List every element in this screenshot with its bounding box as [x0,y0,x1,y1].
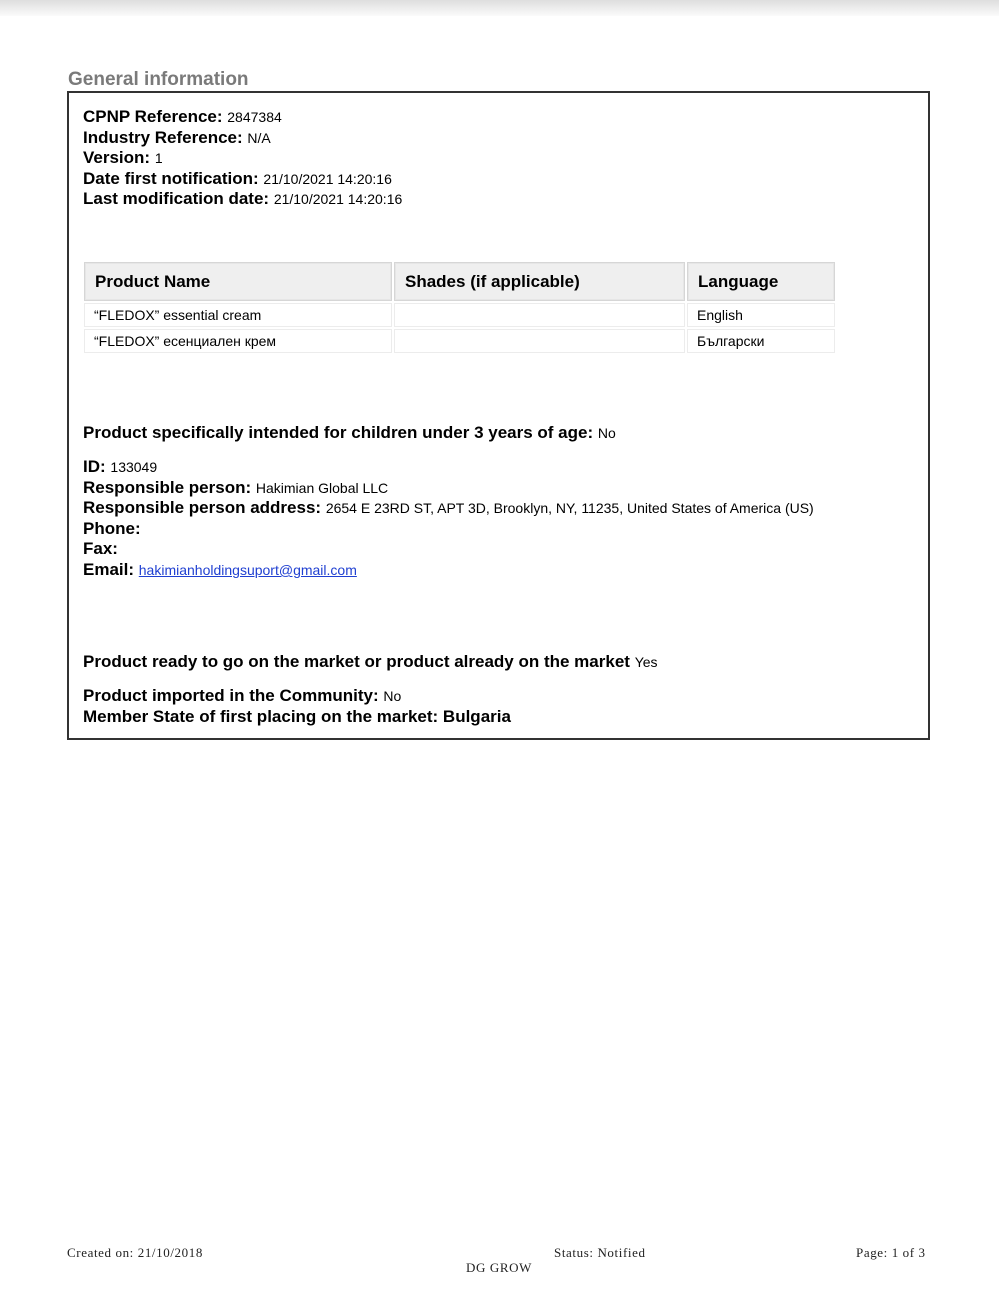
version-label: Version: [83,148,150,167]
rp-address: Responsible person address: 2654 E 23RD … [83,498,814,519]
imported-label: Product imported in the Community: [83,686,379,705]
cpnp-reference-label: CPNP Reference: [83,107,223,126]
last-modification-date-value: 21/10/2021 14:20:16 [274,191,402,207]
header-shades: Shades (if applicable) [394,262,685,301]
rp-fax: Fax: [83,539,814,560]
cell-language: English [687,303,835,327]
last-modification-date: Last modification date: 21/10/2021 14:20… [83,189,402,210]
cpnp-reference-value: 2847384 [227,109,282,125]
rp-address-label: Responsible person address: [83,498,321,517]
products-table: Product Name Shades (if applicable) Lang… [82,260,837,355]
responsible-person-fields: ID: 133049 Responsible person: Hakimian … [83,457,814,581]
cpnp-reference: CPNP Reference: 2847384 [83,107,402,128]
footer-created-on: Created on: 21/10/2018 [67,1245,203,1261]
rp-email-label: Email: [83,560,134,579]
table-row: “FLEDOX” essential cream English [84,303,835,327]
market-ready: Product ready to go on the market or pro… [83,652,658,673]
last-modification-date-label: Last modification date: [83,189,269,208]
version: Version: 1 [83,148,402,169]
footer-dg-grow: DG GROW [466,1260,532,1276]
rp-fax-label: Fax: [83,539,118,558]
rp-email: Email: hakimianholdingsuport@gmail.com [83,560,814,581]
footer-page-number: Page: 1 of 3 [856,1245,926,1261]
section-title: General information [68,69,249,91]
cell-language: Български [687,329,835,353]
rp-phone-label: Phone: [83,519,141,538]
rp-id: ID: 133049 [83,457,814,478]
header-language: Language [687,262,835,301]
date-first-notification-value: 21/10/2021 14:20:16 [263,171,391,187]
date-first-notification-label: Date first notification: [83,169,259,188]
version-value: 1 [155,150,163,166]
general-fields: CPNP Reference: 2847384 Industry Referen… [83,107,402,210]
industry-reference-value: N/A [247,130,270,146]
import-fields: Product imported in the Community: No Me… [83,686,511,726]
children-under-3-value: No [598,425,616,441]
member-state: Member State of first placing on the mar… [83,707,511,727]
cell-shades [394,303,685,327]
rp-phone: Phone: [83,519,814,540]
rp-address-value: 2654 E 23RD ST, APT 3D, Brooklyn, NY, 11… [326,500,814,516]
industry-reference-label: Industry Reference: [83,128,243,147]
footer-status: Status: Notified [554,1245,646,1261]
market-ready-label: Product ready to go on the market or pro… [83,652,630,671]
table-header-row: Product Name Shades (if applicable) Lang… [84,262,835,301]
table-row: “FLEDOX” есенциален крем Български [84,329,835,353]
email-link[interactable]: hakimianholdingsuport@gmail.com [139,562,357,578]
market-ready-value: Yes [635,654,658,670]
rp-name-value: Hakimian Global LLC [256,480,388,496]
industry-reference: Industry Reference: N/A [83,128,402,149]
viewer-top-shade [0,0,999,16]
header-product-name: Product Name [84,262,392,301]
children-under-3: Product specifically intended for childr… [83,423,616,444]
member-state-label: Member State of first placing on the mar… [83,707,438,726]
imported: Product imported in the Community: No [83,686,511,707]
cell-shades [394,329,685,353]
rp-id-label: ID: [83,457,106,476]
member-state-value: Bulgaria [443,707,511,726]
general-information-box: CPNP Reference: 2847384 Industry Referen… [67,91,930,740]
rp-id-value: 133049 [110,459,157,475]
imported-value: No [383,688,401,704]
date-first-notification: Date first notification: 21/10/2021 14:2… [83,169,402,190]
cell-product-name: “FLEDOX” есенциален крем [84,329,392,353]
children-under-3-label: Product specifically intended for childr… [83,423,593,442]
rp-name: Responsible person: Hakimian Global LLC [83,478,814,499]
cell-product-name: “FLEDOX” essential cream [84,303,392,327]
rp-name-label: Responsible person: [83,478,251,497]
